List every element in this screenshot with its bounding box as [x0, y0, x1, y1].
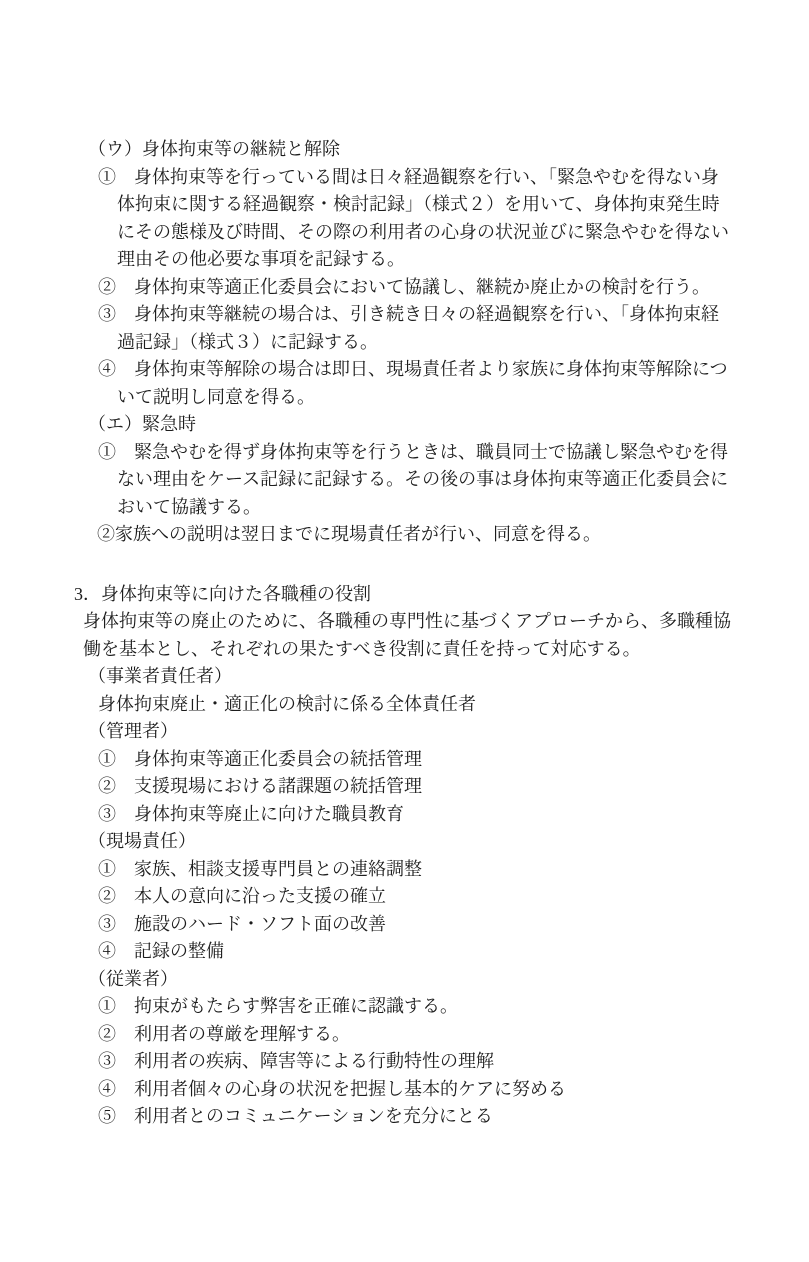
- item-continuation: 理由その他必要な事項を記録する。: [0, 246, 809, 274]
- role-label-staff: （従業者）: [0, 966, 809, 994]
- item-continuation: おいて協議する。: [0, 494, 809, 522]
- role-description: 身体拘束廃止・適正化の検討に係る全体責任者: [0, 691, 809, 719]
- role-label-site-lead: （現場責任）: [0, 828, 809, 856]
- numbered-item: ③ 身体拘束等継続の場合は、引き続き日々の経過観察を行い、「身体拘束経: [0, 301, 809, 329]
- numbered-item: ① 家族、相談支援専門員との連絡調整: [0, 856, 809, 884]
- item-continuation: にその態様及び時間、その際の利用者の心身の状況並びに緊急やむを得ない: [0, 219, 809, 247]
- numbered-item: ① 身体拘束等を行っている間は日々経過観察を行い、「緊急やむを得ない身: [0, 164, 809, 192]
- numbered-item: ② 身体拘束等適正化委員会において協議し、継続か廃止かの検討を行う。: [0, 274, 809, 302]
- numbered-item: ④ 利用者個々の心身の状況を把握し基本的ケアに努める: [0, 1076, 809, 1104]
- numbered-item: ④ 記録の整備: [0, 938, 809, 966]
- numbered-item: ① 拘束がもたらす弊害を正確に認識する。: [0, 993, 809, 1021]
- item-continuation: ない理由をケース記録に記録する。その後の事は身体拘束等適正化委員会に: [0, 466, 809, 494]
- item-continuation: いて説明し同意を得る。: [0, 384, 809, 412]
- numbered-item: ④ 身体拘束等解除の場合は即日、現場責任者より家族に身体拘束等解除につ: [0, 356, 809, 384]
- section-label-u: （ウ）身体拘束等の継続と解除: [0, 136, 809, 164]
- numbered-item: ① 緊急やむを得ず身体拘束等を行うときは、職員同士で協議し緊急やむを得: [0, 439, 809, 467]
- numbered-item: ② 支援現場における諸課題の統括管理: [0, 773, 809, 801]
- numbered-item: ③ 利用者の疾病、障害等による行動特性の理解: [0, 1048, 809, 1076]
- numbered-item: ②家族への説明は翌日までに現場責任者が行い、同意を得る。: [0, 521, 809, 549]
- section-label-e: （エ）緊急時: [0, 411, 809, 439]
- document-page: （ウ）身体拘束等の継続と解除 ① 身体拘束等を行っている間は日々経過観察を行い、…: [0, 0, 809, 1262]
- numbered-item: ③ 身体拘束等廃止に向けた職員教育: [0, 801, 809, 829]
- paragraph-line: 働を基本とし、それぞれの果たすべき役割に責任を持って対応する。: [0, 636, 809, 664]
- role-label-operator: （事業者責任者）: [0, 663, 809, 691]
- numbered-item: ② 利用者の尊厳を理解する。: [0, 1021, 809, 1049]
- item-continuation: 体拘束に関する経過観察・検討記録」（様式２）を用いて、身体拘束発生時: [0, 191, 809, 219]
- section-heading: 3．身体拘束等に向けた各職種の役割: [0, 581, 809, 609]
- role-label-manager: （管理者）: [0, 718, 809, 746]
- numbered-item: ⑤ 利用者とのコミュニケーションを充分にとる: [0, 1103, 809, 1131]
- item-continuation: 過記録」（様式３）に記録する。: [0, 329, 809, 357]
- numbered-item: ① 身体拘束等適正化委員会の統括管理: [0, 746, 809, 774]
- numbered-item: ② 本人の意向に沿った支援の確立: [0, 883, 809, 911]
- paragraph-line: 身体拘束等の廃止のために、各職種の専門性に基づくアプローチから、多職種協: [0, 608, 809, 636]
- numbered-item: ③ 施設のハード・ソフト面の改善: [0, 911, 809, 939]
